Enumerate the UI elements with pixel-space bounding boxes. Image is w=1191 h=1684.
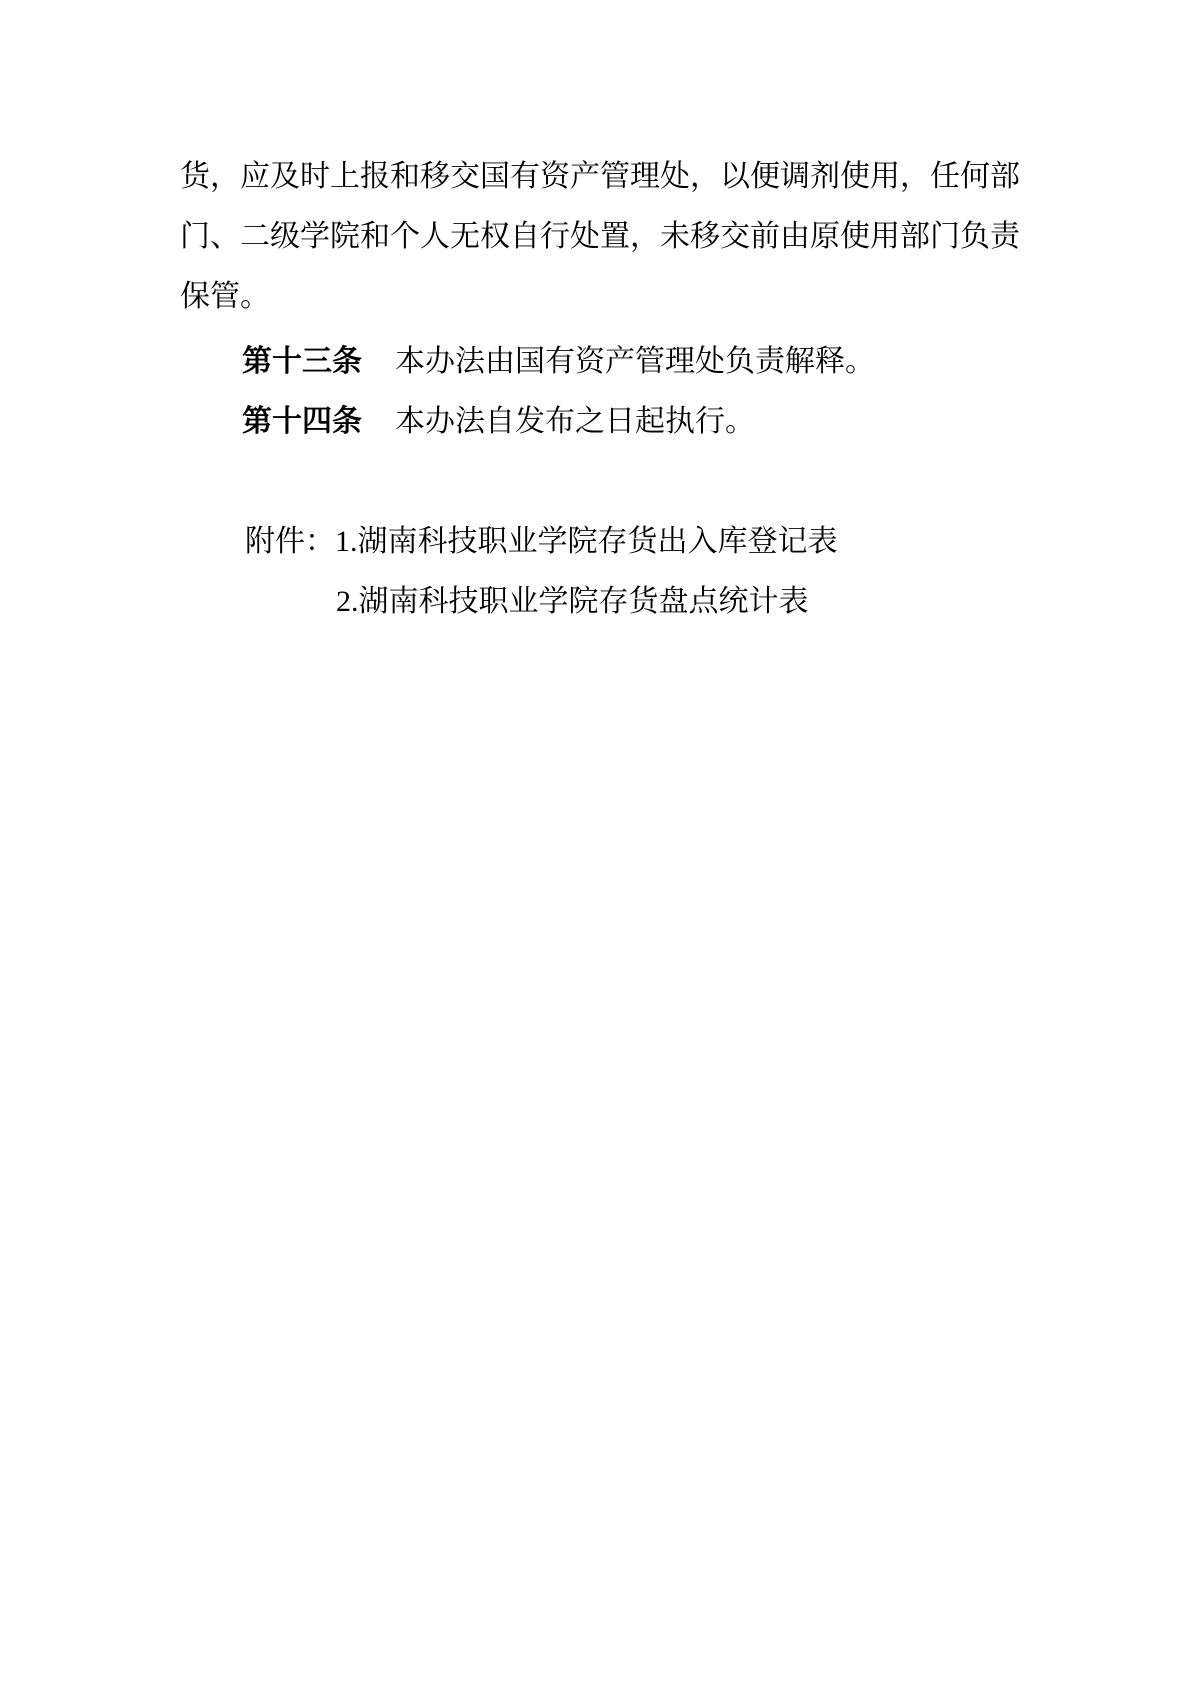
paragraph-line: 保管。 — [180, 267, 1020, 327]
clause-number: 第十三条 — [242, 345, 362, 378]
clause-article-14: 第十四条本办法自发布之日起执行。 — [180, 392, 1020, 452]
attachments-section: 附件：1.湖南科技职业学院存货出入库登记表 2.湖南科技职业学院存货盘点统计表 — [180, 512, 1020, 632]
paragraph-line: 货，应及时上报和移交国有资产管理处，以便调剂使用，任何部 — [180, 147, 1020, 207]
attachment-item-text: 2.湖南科技职业学院存货盘点统计表 — [336, 585, 809, 618]
attachment-item: 附件：1.湖南科技职业学院存货出入库登记表 — [180, 512, 1020, 572]
document-page: 货，应及时上报和移交国有资产管理处，以便调剂使用，任何部 门、二级学院和个人无权… — [0, 0, 1191, 1684]
body-paragraph: 货，应及时上报和移交国有资产管理处，以便调剂使用，任何部 门、二级学院和个人无权… — [180, 147, 1020, 327]
clause-text: 本办法由国有资产管理处负责解释。 — [395, 345, 875, 378]
clause-article-13: 第十三条本办法由国有资产管理处负责解释。 — [180, 332, 1020, 392]
paragraph-line: 门、二级学院和个人无权自行处置，未移交前由原使用部门负责 — [180, 207, 1020, 267]
attachment-item-text: 1.湖南科技职业学院存货出入库登记表 — [335, 525, 838, 558]
attachments-label: 附件： — [245, 525, 335, 558]
clause-number: 第十四条 — [242, 405, 362, 438]
document-content: 货，应及时上报和移交国有资产管理处，以便调剂使用，任何部 门、二级学院和个人无权… — [180, 147, 1020, 632]
attachment-item: 2.湖南科技职业学院存货盘点统计表 — [180, 572, 1020, 632]
clause-text: 本办法自发布之日起执行。 — [395, 405, 755, 438]
